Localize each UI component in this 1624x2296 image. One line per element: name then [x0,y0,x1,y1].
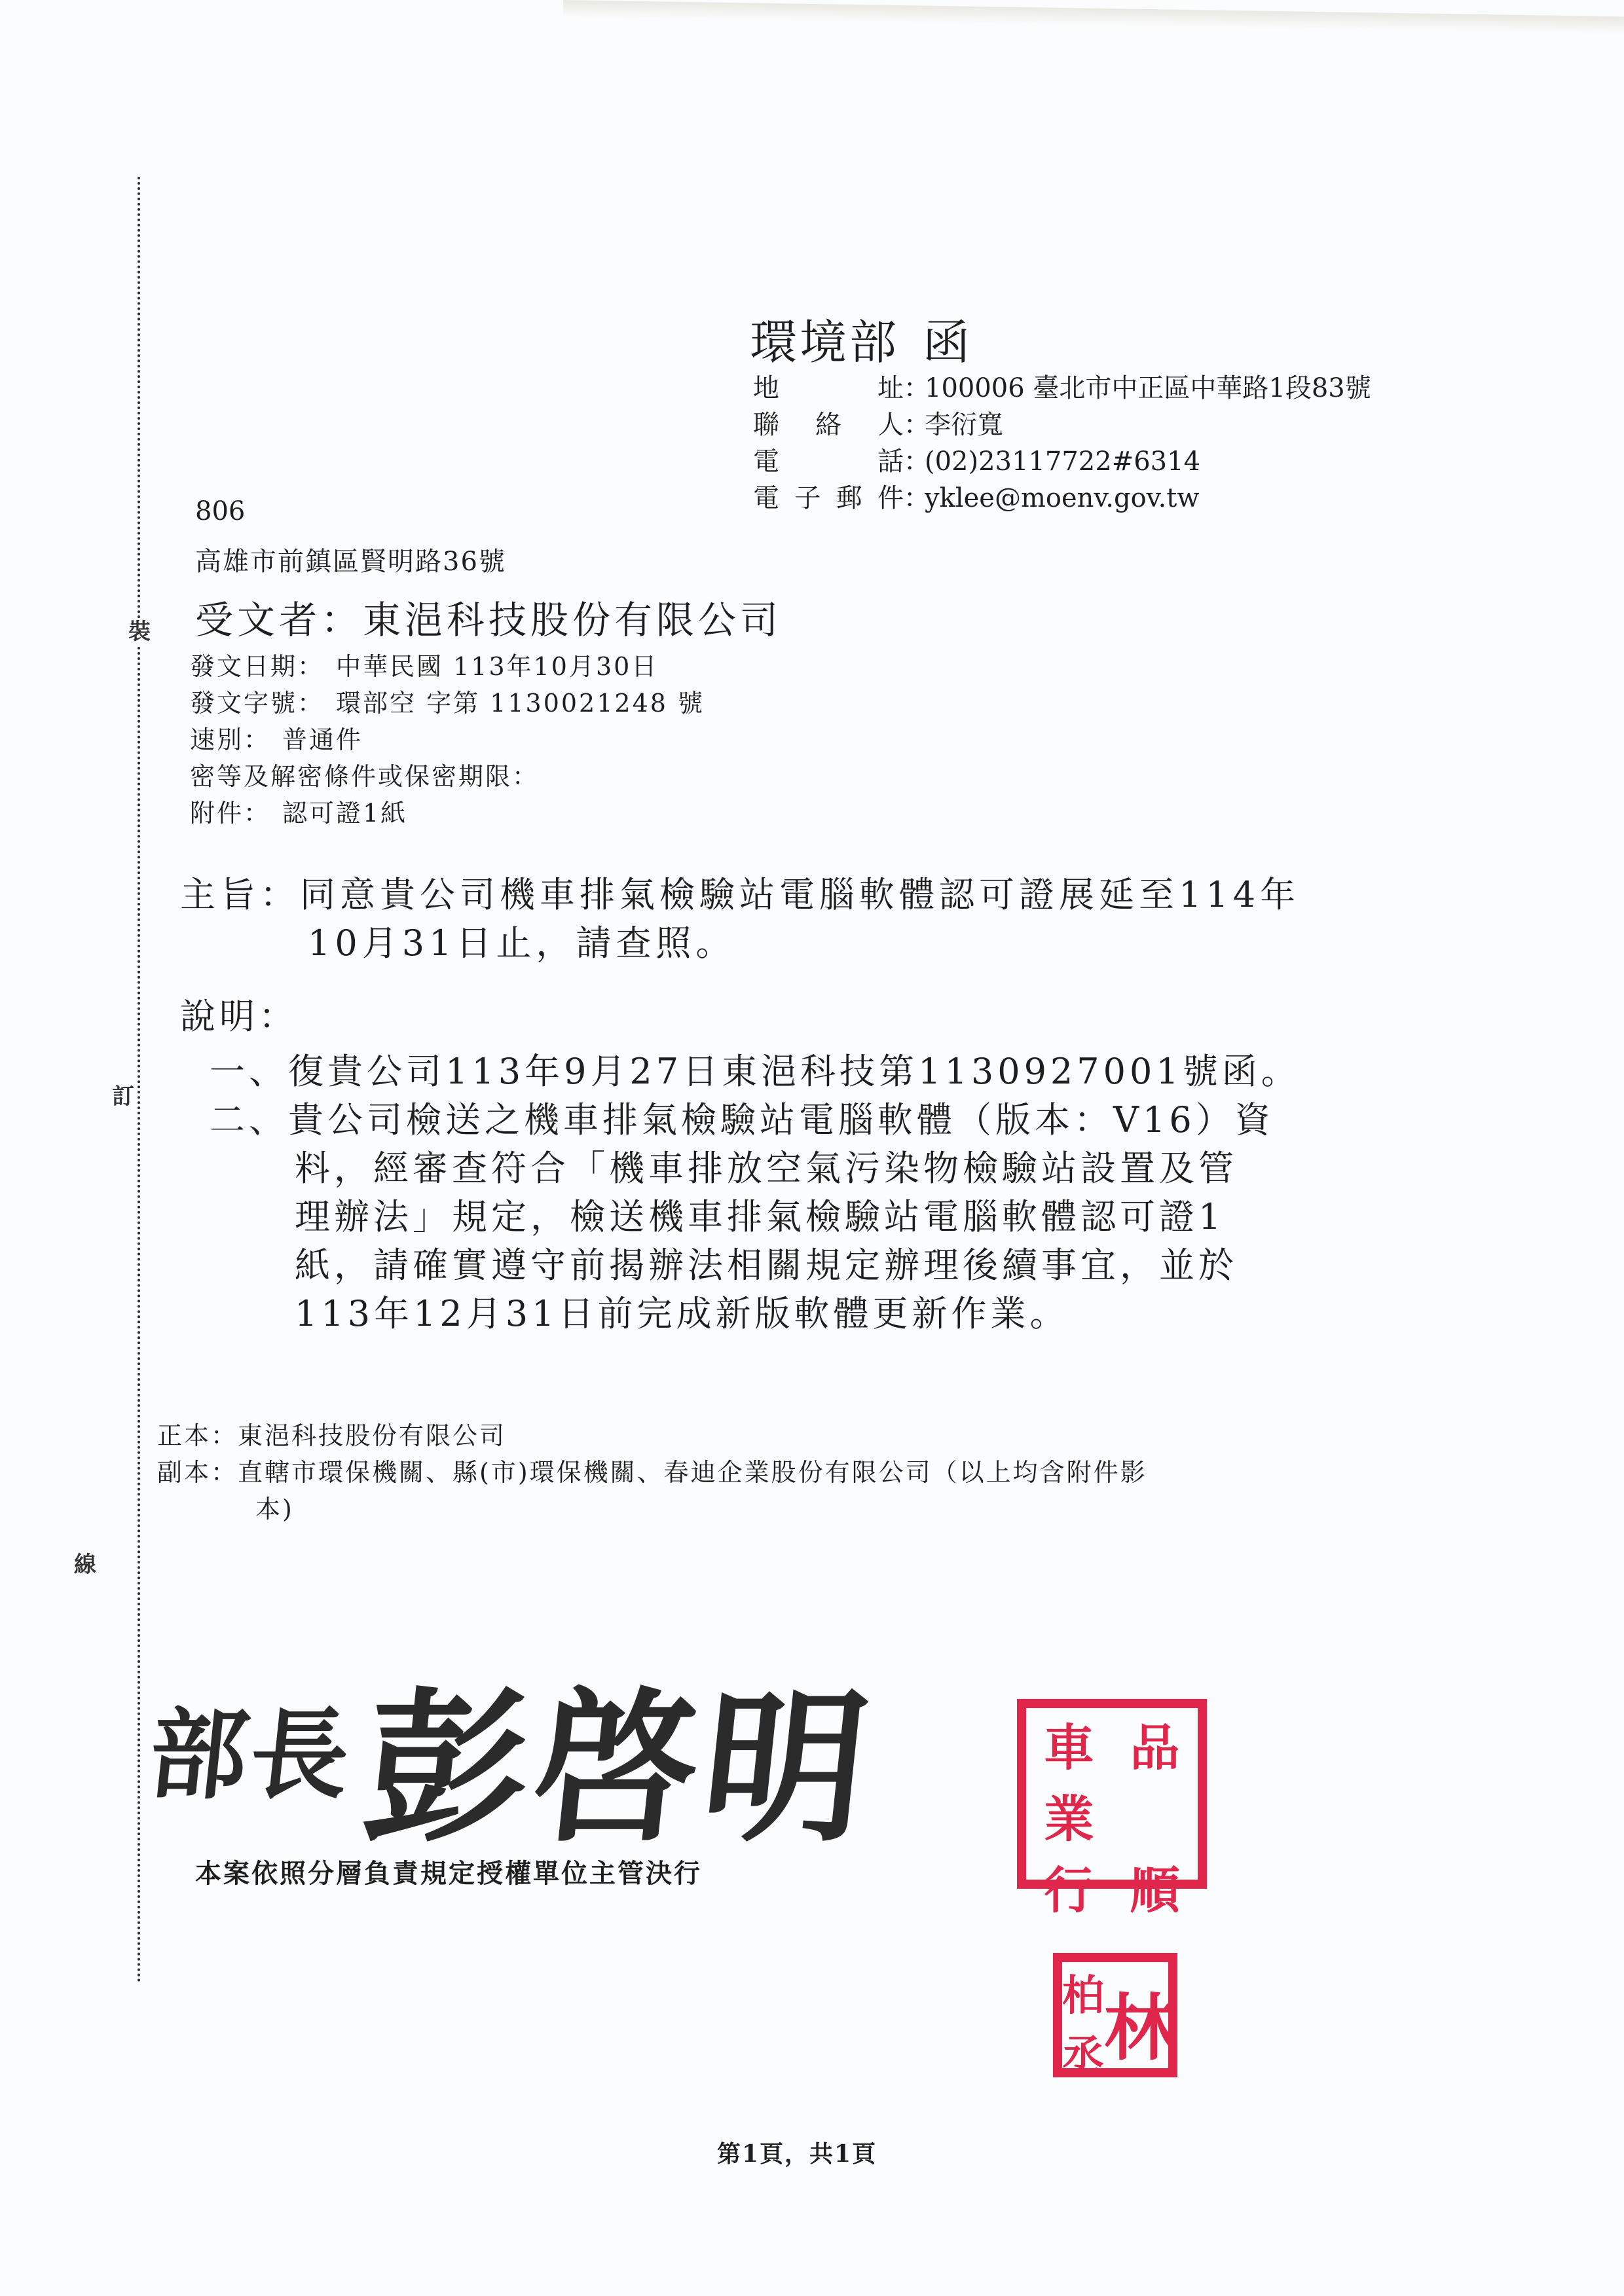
duplicate-copy-continuation: 本) [157,1491,1147,1527]
binding-dotted-line [138,177,140,1984]
sender-contact-block: 地址：100006 臺北市中正區中華路1段83號 聯絡人：李衍寬 電話：(02)… [753,370,1371,517]
contact-email-row: 電子郵件：yklee@moenv.gov.tw [753,480,1371,517]
contact-phone-value: (02)23117722#6314 [925,443,1200,480]
contact-person-value: 李衍寬 [925,407,1003,443]
issuing-agency: 環境部 [750,315,899,370]
seal-char: 行 [1026,1851,1112,1922]
seal-char: 順 [1112,1851,1198,1922]
signature-name: 彭啓明 [354,1637,886,1872]
recipient-address: 高雄市前鎮區賢明路36號 [195,541,506,578]
subject-label: 主旨： [180,874,300,915]
document-title: 環境部函 [750,304,972,373]
seal-char: 業 [1026,1779,1112,1851]
seal-char: 林 [1104,1962,1176,2083]
explanation-item-2: 二、貴公司檢送之機車排氣檢驗站電腦軟體（版本：V16）資 料，經審查符合「機車排… [210,1096,1301,1338]
contact-email-value: yklee@moenv.gov.tw [925,480,1200,517]
subject-section: 主旨：同意貴公司機車排氣檢驗站電腦軟體認可證展延至114年 10月31日止，請查… [180,871,1300,968]
contact-person-row: 聯絡人：李衍寬 [753,407,1371,443]
contact-phone-label: 電話 [753,443,904,480]
page-number-footer: 第1頁，共1頁 [717,2136,877,2169]
recipient-label: 受文者： [195,598,363,642]
contact-email-label: 電子郵件 [753,480,904,517]
explanation-list: 一、復貴公司113年9月27日東浥科技第1130927001號函。 二、貴公司檢… [210,1048,1301,1338]
signature-title: 部長 [143,1676,360,1817]
seal-char: 品 [1112,1708,1198,1779]
recipient: 受文者：東浥科技股份有限公司 [195,589,782,644]
document-type: 函 [923,315,972,370]
binding-mark-xian: 線 [72,1552,98,1578]
document-meta: 發文日期：中華民國 113年10月30日 發文字號：環部空 字第 1130021… [190,648,705,831]
explanation-label: 說明： [180,989,298,1039]
recipient-name: 東浥科技股份有限公司 [363,598,782,642]
contact-address-value: 100006 臺北市中正區中華路1段83號 [925,370,1371,407]
contact-person-label: 聯絡人 [753,407,904,443]
contact-address-label: 地址 [753,370,904,407]
original-copy-row: 正本：東浥科技股份有限公司 [157,1417,1147,1454]
scan-edge-shadow [563,0,1624,34]
subject-line-2: 10月31日止，請查照。 [180,919,1300,968]
meta-classification: 密等及解密條件或保密期限： [190,758,705,795]
seal-char: 車 [1026,1708,1112,1779]
meta-attachment: 附件：認可證1紙 [190,795,705,831]
delegation-note: 本案依照分層負責規定授權單位主管決行 [195,1853,702,1890]
recipient-zip: 806 [195,496,245,526]
duplicate-copy-row: 副本：直轄市環保機關、縣(市)環保機關、春迪企業股份有限公司（以上均含附件影 [157,1454,1147,1491]
personal-seal-stamp: 柏 丞 林 [1053,1953,1177,2077]
contact-address-row: 地址：100006 臺北市中正區中華路1段83號 [753,370,1371,407]
explanation-item-1: 一、復貴公司113年9月27日東浥科技第1130927001號函。 [210,1048,1301,1096]
binding-mark-ding: 訂 [110,1084,136,1110]
company-seal-stamp: 車 業 行 品 品 順 [1017,1699,1207,1889]
meta-issue-date: 發文日期：中華民國 113年10月30日 [190,648,705,685]
meta-document-number: 發文字號：環部空 字第 1130021248 號 [190,685,705,721]
contact-phone-row: 電話：(02)23117722#6314 [753,443,1371,480]
seal-char: 柏 [1062,1962,1104,2022]
subject-line-1: 同意貴公司機車排氣檢驗站電腦軟體認可證展延至114年 [300,874,1300,915]
binding-mark-zhuang: 裝 [126,619,153,645]
meta-priority: 速別：普通件 [190,721,705,758]
distribution-section: 正本：東浥科技股份有限公司 副本：直轄市環保機關、縣(市)環保機關、春迪企業股份… [157,1417,1147,1527]
seal-char: 丞 [1062,2022,1104,2083]
